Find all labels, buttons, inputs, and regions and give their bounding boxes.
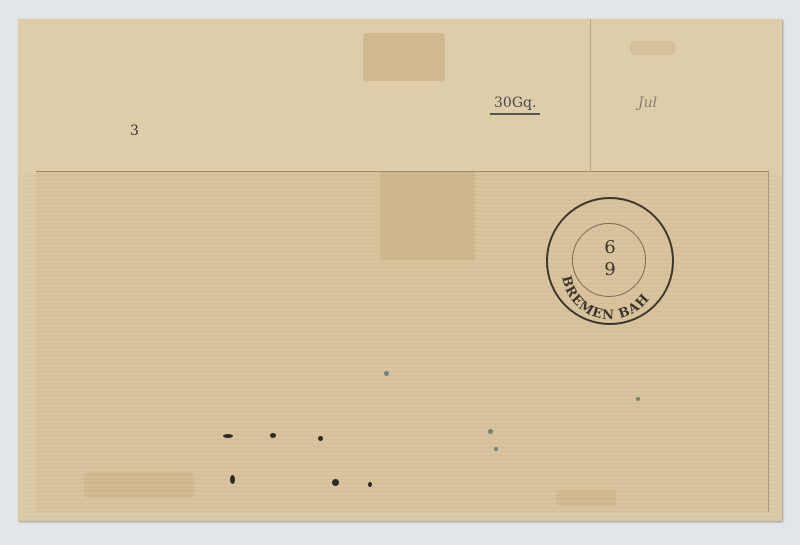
circular-postmark: 6 9 BREMEN BAH xyxy=(546,197,674,325)
paper-stain xyxy=(84,472,194,498)
catalog-number-note: 30Gq. xyxy=(490,95,540,115)
ink-speck xyxy=(270,433,276,438)
ink-speck xyxy=(318,436,323,441)
letter-sheet: 30Gq. Jul 3 6 9 BREMEN BAH xyxy=(18,19,782,521)
left-pencil-mark: 3 xyxy=(130,123,139,139)
postmark-arc-text: BREMEN BAH xyxy=(548,199,672,323)
svg-text:BREMEN BAH: BREMEN BAH xyxy=(558,274,653,323)
paper-stain xyxy=(556,490,616,506)
ink-speck xyxy=(332,479,339,486)
paper-stain xyxy=(630,41,675,55)
ink-speck xyxy=(636,397,640,401)
ink-speck xyxy=(488,429,493,434)
ink-speck xyxy=(494,447,498,451)
wax-seal-residue xyxy=(380,172,475,260)
ink-speck xyxy=(368,482,372,487)
ink-speck xyxy=(230,475,235,484)
ink-speck xyxy=(223,434,233,438)
corner-pencil-mark: Jul xyxy=(638,95,657,111)
paper-stain xyxy=(363,33,445,81)
ink-speck xyxy=(384,371,389,376)
